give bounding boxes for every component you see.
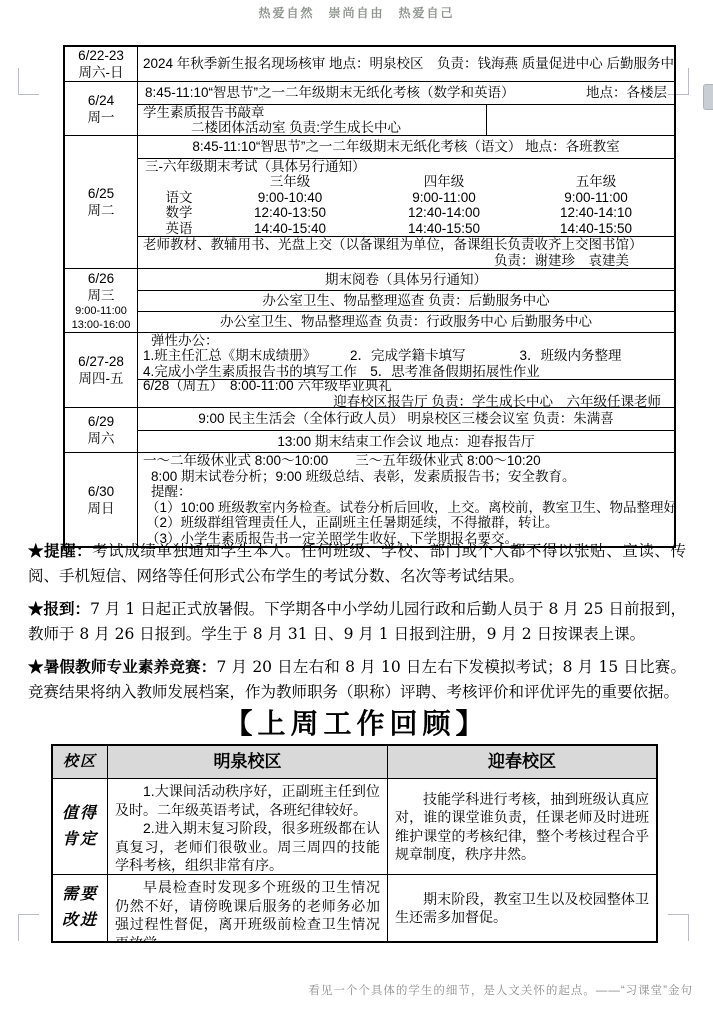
page: 热爱自然 崇尚自由 热爱自己 6/22-23周六-日2024 年秋季新生报名现场…: [0, 0, 713, 1012]
exam-time: 14:40-15:40: [215, 221, 365, 236]
review-cell-yingchun: 技能学科进行考核，抽到班级认真应对，谁的课堂谁负责，任课老师及时进班维护课堂的考…: [388, 779, 656, 874]
schedule-subrow: 期末阅卷（具体另行通知）: [138, 269, 674, 290]
schedule-date-line: 6/30: [88, 483, 114, 500]
schedule-line: （1）10:00 班级教室内务检查。试卷分析后回收，上交。离校前，教室卫生、物品…: [143, 500, 669, 516]
review-campus-header-yingchun: 迎春校区: [388, 746, 656, 778]
review-paragraph: 早晨检查时发现多个班级的卫生情况仍然不好，请傍晚课后服务的老师务必加强过程性督促…: [115, 878, 380, 941]
notice: ★报到：7 月 1 日起正式放暑假。下学期各中小学幼儿园行政和后勤人员于 8 月…: [28, 596, 686, 647]
exam-grade-header: [143, 174, 215, 190]
exam-time: 14:40-15:50: [365, 221, 523, 236]
crop-mark-bottom-left: [18, 914, 39, 941]
schedule-date-line: 周四-五: [79, 370, 124, 387]
notice: ★提醒：考试成绩单独通知学生本人。任何班级、学校、部门或个人都不得以张贴、宣读、…: [28, 538, 686, 589]
schedule-date-line: 6/24: [88, 92, 114, 109]
schedule-row: 6/22-23周六-日2024 年秋季新生报名现场核审 地点：明泉校区 负责：钱…: [65, 47, 674, 81]
schedule-content-cell: 9:00 民主生活会（全体行政人员） 明泉校区三楼会议室 负责：朱满喜13:00…: [138, 408, 674, 452]
schedule-subrow: 三-六年级期末考试（具体另行通知）三年级四年级五年级语文9:00-10:409:…: [138, 158, 674, 236]
review-row: 值得肯定1.大课间活动秩序好，正副班主任到位及时。二年级英语考试，各班纪律较好。…: [53, 778, 656, 874]
schedule-date-cell: 6/22-23周六-日: [65, 47, 138, 81]
schedule-row: 6/27-28周四-五弹性办公：1.班主任汇总《期末成绩册》 2．完成学籍卡填写…: [65, 332, 674, 407]
exam-intro: 三-六年级期末考试（具体另行通知）: [143, 159, 669, 175]
schedule-content-cell: 期末阅卷（具体另行通知）办公室卫生、物品整理巡查 负责：后勤服务中心办公室卫生、…: [138, 269, 674, 332]
exam-time: 12:40-13:50: [215, 205, 365, 221]
schedule-subrow: 2024 年秋季新生报名现场核审 地点：明泉校区 负责：钱海燕 质量促进中心 后…: [138, 47, 674, 80]
schedule-line: 1.班主任汇总《期末成绩册》 2．完成学籍卡填写 3．班级内务整理: [143, 348, 669, 364]
schedule-date-line: 周一: [88, 109, 115, 126]
schedule-date-line: 6/27-28: [78, 353, 124, 370]
schedule-subrow: 弹性办公：1.班主任汇总《期末成绩册》 2．完成学籍卡填写 3．班级内务整理4.…: [138, 333, 674, 379]
schedule-subrow: 办公室卫生、物品整理巡查 负责：后勤服务中心: [138, 290, 674, 311]
schedule-line: 二楼团体活动室 负责:学生成长中心: [143, 120, 481, 135]
schedule-date-line: 周二: [88, 202, 115, 219]
schedule-line: （2）班级群组管理责任人，正副班主任暑期延续，不得撤群，转让。: [143, 515, 669, 531]
schedule-date-line: 6/29: [88, 413, 114, 430]
schedule-date-line: 9:00-11:00: [75, 304, 127, 318]
schedule-content-cell: 8:45-11:10“智思节”之一二年级期末无纸化考核（语文） 地点：各班教室三…: [138, 136, 674, 268]
exam-grade-header: 四年级: [365, 174, 523, 190]
notice-text: 7 月 1 日起正式放暑假。下学期各中小学幼儿园行政和后勤人员于 8 月 25 …: [28, 600, 686, 643]
crop-mark-top-left: [18, 68, 39, 95]
exam-grade-header: 三年级: [215, 174, 365, 190]
review-label-line: 需要: [62, 882, 98, 908]
notice-label: ★报到：: [28, 599, 90, 618]
schedule-line: 4.完成小学生素质报告书的填写工作 5．思考准备假期拓展性作业: [143, 364, 669, 379]
schedule-content-cell: 2024 年秋季新生报名现场核审 地点：明泉校区 负责：钱海燕 质量促进中心 后…: [138, 47, 674, 81]
schedule-event-text: 8:45-11:10“智思节”之一二年级期末无纸化考核（数学和英语）: [145, 85, 515, 101]
header-slogan: 热爱自然 崇尚自由 热爱自己: [0, 4, 713, 21]
schedule-date-line: 6/22-23: [78, 47, 124, 64]
schedule-line: 8:45-11:10“智思节”之一二年级期末无纸化考核（语文） 地点：各班教室: [143, 139, 669, 155]
schedule-date-cell: 6/27-28周四-五: [65, 333, 138, 407]
schedule-line: 一～二年级休业式 8:00～10:00 三～五年级休业式 8:00～10:20: [143, 453, 669, 469]
exam-subject: 数学: [143, 205, 215, 221]
schedule-line: 学生素质报告书敲章: [143, 105, 481, 121]
schedule-date-cell: 6/30周日: [65, 453, 138, 546]
schedule-row: 6/24周一8:45-11:10“智思节”之一二年级期末无纸化考核（数学和英语）…: [65, 81, 674, 135]
exam-subject: 英语: [143, 221, 215, 236]
review-header-row: 校区明泉校区迎春校区: [53, 746, 656, 778]
schedule-row: 6/26周三9:00-11:0013:00-16:00期末阅卷（具体另行通知）办…: [65, 268, 674, 332]
schedule-date-cell: 6/24周一: [65, 82, 138, 135]
schedule-row: 6/25周二8:45-11:10“智思节”之一二年级期末无纸化考核（语文） 地点…: [65, 135, 674, 268]
schedule-line: 8:00 期末试卷分析；9:00 班级总结、表彰，发素质报告书；安全教育。: [143, 469, 669, 485]
schedule-date-line: 周六: [88, 430, 115, 447]
schedule-subrow: 8:45-11:10“智思节”之一二年级期末无纸化考核（数学和英语）地点：各楼层: [138, 82, 674, 104]
crop-mark-bottom-right: [668, 914, 689, 941]
schedule-date-line: 6/26: [88, 270, 114, 287]
review-cell-yingchun: 期末阶段，教室卫生以及校园整体卫生还需多加督促。: [388, 875, 656, 941]
schedule-date-cell: 6/25周二: [65, 136, 138, 268]
exam-time: 12:40-14:00: [365, 205, 523, 221]
schedule-line: 提醒：: [143, 484, 669, 500]
notice-text: 考试成绩单独通知学生本人。任何班级、学校、部门或个人都不得以张贴、宣读、传阅、手…: [28, 542, 686, 585]
schedule-line: 6/28（周五） 8:00-11:00 六年级毕业典礼: [143, 379, 669, 394]
review-cell-mingquan: 早晨检查时发现多个班级的卫生情况仍然不好，请傍晚课后服务的老师务必加强过程性督促…: [108, 875, 388, 941]
schedule-row: 6/29周六9:00 民主生活会（全体行政人员） 明泉校区三楼会议室 负责：朱满…: [65, 407, 674, 452]
review-row-label: 需要改进: [53, 875, 108, 941]
notice: ★暑假教师专业素养竞赛：7 月 20 日左右和 8 月 10 日左右下发模拟考试…: [28, 654, 686, 705]
exam-time: 12:40-14:10: [523, 205, 669, 221]
notices: ★提醒：考试成绩单独通知学生本人。任何班级、学校、部门或个人都不得以张贴、宣读、…: [28, 538, 686, 712]
schedule-line: 13:00 期末结束工作会议 地点：迎春报告厅: [143, 434, 669, 450]
schedule-line: 老师教材、教辅用书、光盘上交（以备课组为单位，备课组长负责收齐上交图书馆）: [143, 237, 669, 253]
schedule-line: 9:00 民主生活会（全体行政人员） 明泉校区三楼会议室 负责：朱满喜: [143, 411, 669, 427]
schedule-row: 6/30周日一～二年级休业式 8:00～10:00 三～五年级休业式 8:00～…: [65, 452, 674, 546]
review-row: 需要改进早晨检查时发现多个班级的卫生情况仍然不好，请傍晚课后服务的老师务必加强过…: [53, 874, 656, 941]
schedule-line: 办公室卫生、物品整理巡查 负责：后勤服务中心: [143, 293, 669, 309]
schedule-line: 办公室卫生、物品整理巡查 负责：行政服务中心 后勤服务中心: [143, 314, 669, 330]
exam-time: 9:00-11:00: [523, 190, 669, 206]
schedule-subrow: 一～二年级休业式 8:00～10:00 三～五年级休业式 8:00～10:208…: [138, 453, 674, 546]
footer-quote: 看见一个个具体的学生的细节，是人文关怀的起点。——“习课堂”金句: [308, 982, 693, 998]
review-paragraph: 期末阶段，教室卫生以及校园整体卫生还需多加督促。: [395, 890, 649, 927]
schedule-subrow: 学生素质报告书敲章二楼团体活动室 负责:学生成长中心: [138, 104, 674, 135]
schedule-content-cell: 8:45-11:10“智思节”之一二年级期末无纸化考核（数学和英语）地点：各楼层…: [138, 82, 674, 135]
review-paragraph: 技能学科进行考核，抽到班级认真应对，谁的课堂谁负责，任课老师及时进班维护课堂的考…: [395, 790, 649, 864]
schedule-content-cell: 一～二年级休业式 8:00～10:00 三～五年级休业式 8:00～10:208…: [138, 453, 674, 546]
schedule-subrow: 9:00 民主生活会（全体行政人员） 明泉校区三楼会议室 负责：朱满喜: [138, 408, 674, 430]
exam-time: 9:00-11:00: [365, 190, 523, 206]
scrollbar-thumb[interactable]: [703, 84, 713, 110]
schedule-line: 期末阅卷（具体另行通知）: [143, 272, 669, 288]
schedule-line: 迎春校区报告厅 负责：学生成长中心 六年级任课老师: [143, 394, 669, 408]
exam-grade-header: 五年级: [523, 174, 669, 190]
schedule-date-cell: 6/26周三9:00-11:0013:00-16:00: [65, 269, 138, 332]
exam-subject: 语文: [143, 190, 215, 206]
schedule-line: 负责：谢建珍 袁建美: [143, 253, 669, 269]
schedule-line: 2024 年秋季新生报名现场核审 地点：明泉校区 负责：钱海燕 质量促进中心 后…: [143, 56, 669, 72]
schedule-subrow: 办公室卫生、物品整理巡查 负责：行政服务中心 后勤服务中心: [138, 311, 674, 332]
review-corner-header: 校区: [53, 746, 108, 778]
notice-label: ★提醒：: [28, 541, 92, 560]
schedule-subrow: 老师教材、教辅用书、光盘上交（以备课组为单位，备课组长负责收齐上交图书馆）负责：…: [138, 236, 674, 268]
schedule-date-line: 周三: [88, 287, 115, 304]
schedule-subrow: 13:00 期末结束工作会议 地点：迎春报告厅: [138, 430, 674, 452]
exam-time: 14:40-15:50: [523, 221, 669, 236]
review-label-line: 肯定: [62, 827, 98, 853]
exam-grid: 三年级四年级五年级语文9:00-10:409:00-11:009:00-11:0…: [143, 174, 669, 236]
review-paragraph: 2.进入期末复习阶段，很多班级都在认真复习，老师们很敬业。周三周四的技能学科考核…: [115, 819, 380, 874]
schedule-subrow: 6/28（周五） 8:00-11:00 六年级毕业典礼迎春校区报告厅 负责：学生…: [138, 379, 674, 407]
review-title: 【上周工作回顾】: [0, 702, 713, 742]
review-paragraph: 1.大课间活动秩序好，正副班主任到位及时。二年级英语考试，各班纪律较好。: [115, 782, 380, 819]
schedule-date-line: 周六-日: [79, 64, 124, 81]
schedule-subrow: 8:45-11:10“智思节”之一二年级期末无纸化考核（语文） 地点：各班教室: [138, 136, 674, 158]
schedule-date-line: 6/25: [88, 185, 114, 202]
review-row-label: 值得肯定: [53, 779, 108, 874]
schedule-content-cell: 弹性办公：1.班主任汇总《期末成绩册》 2．完成学籍卡填写 3．班级内务整理4.…: [138, 333, 674, 407]
weekly-schedule-table: 6/22-23周六-日2024 年秋季新生报名现场核审 地点：明泉校区 负责：钱…: [63, 45, 676, 548]
split-right-cell: [487, 105, 674, 135]
schedule-line: 弹性办公：: [143, 333, 669, 348]
split-left-cell: 学生素质报告书敲章二楼团体活动室 负责:学生成长中心: [138, 105, 487, 135]
review-cell-mingquan: 1.大课间活动秩序好，正副班主任到位及时。二年级英语考试，各班纪律较好。2.进入…: [108, 779, 388, 874]
notice-label: ★暑假教师专业素养竞赛：: [28, 657, 216, 676]
review-table: 校区明泉校区迎春校区值得肯定1.大课间活动秩序好，正副班主任到位及时。二年级英语…: [51, 744, 658, 943]
schedule-date-line: 周日: [88, 500, 115, 517]
review-label-line: 改进: [62, 908, 98, 934]
schedule-location-text: 地点：各楼层: [586, 85, 667, 101]
schedule-date-line: 13:00-16:00: [72, 318, 131, 332]
exam-time: 9:00-10:40: [215, 190, 365, 206]
review-label-line: 值得: [62, 801, 98, 827]
schedule-date-cell: 6/29周六: [65, 408, 138, 452]
review-campus-header-mingquan: 明泉校区: [108, 746, 388, 778]
